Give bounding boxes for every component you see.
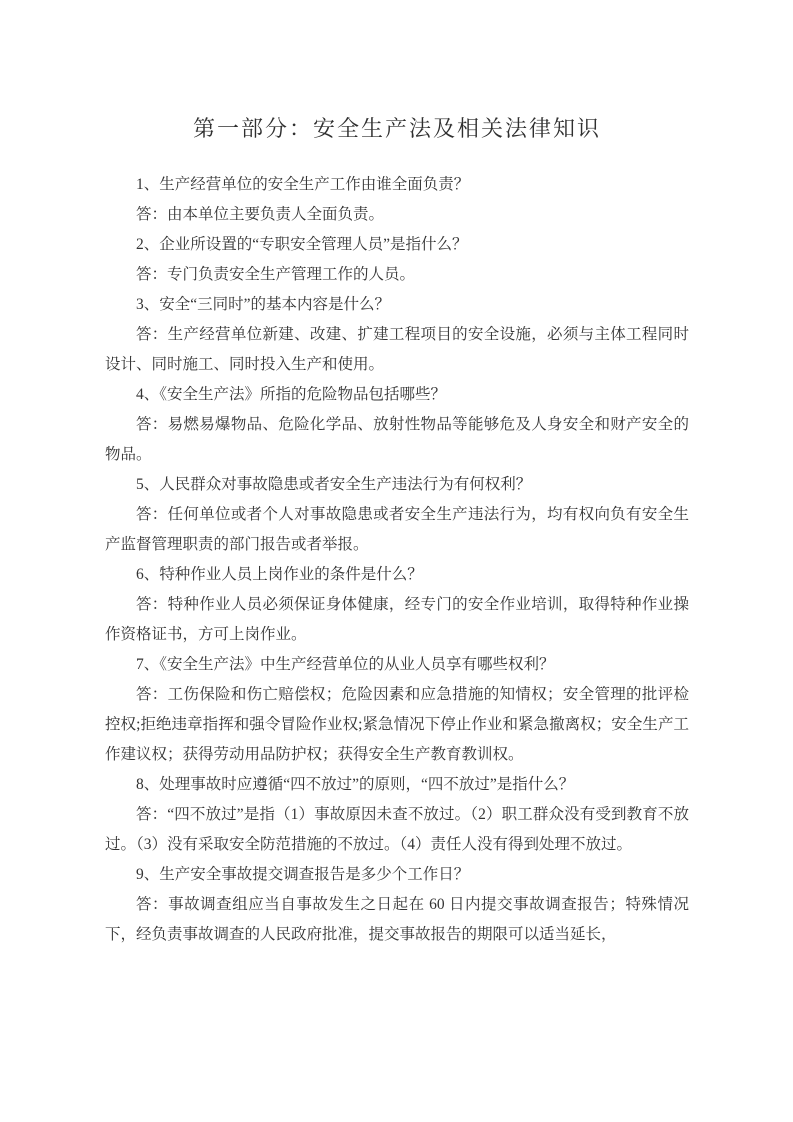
answer-text: 答：易燃易爆物品、危险化学品、放射性物品等能够危及人身安全和财产安全的物品。: [105, 410, 689, 470]
question-text: 7、《安全生产法》中生产经营单位的从业人员享有哪些权利？: [105, 650, 689, 680]
answer-text: 答：专门负责安全生产管理工作的人员。: [105, 260, 689, 290]
answer-text: 答：“四不放过”是指（1）事故原因未查不放过。（2）职工群众没有受到教育不放过。…: [105, 800, 689, 860]
question-text: 4、《安全生产法》所指的危险物品包括哪些？: [105, 380, 689, 410]
answer-text: 答：生产经营单位新建、改建、扩建工程项目的安全设施，必须与主体工程同时设计、同时…: [105, 320, 689, 380]
question-text: 8、处理事故时应遵循“四不放过”的原则，“四不放过”是指什么？: [105, 770, 689, 800]
question-text: 3、安全“三同时”的基本内容是什么？: [105, 290, 689, 320]
qa-list: 1、生产经营单位的安全生产工作由谁全面负责？ 答：由本单位主要负责人全面负责。 …: [105, 170, 689, 950]
question-text: 9、生产安全事故提交调查报告是多少个工作日？: [105, 860, 689, 890]
page-title: 第一部分：安全生产法及相关法律知识: [105, 110, 689, 148]
answer-text: 答：事故调查组应当自事故发生之日起在 60 日内提交事故调查报告；特殊情况下，经…: [105, 890, 689, 950]
question-text: 1、生产经营单位的安全生产工作由谁全面负责？: [105, 170, 689, 200]
answer-text: 答：由本单位主要负责人全面负责。: [105, 200, 689, 230]
document-page: 第一部分：安全生产法及相关法律知识 1、生产经营单位的安全生产工作由谁全面负责？…: [0, 0, 793, 1122]
question-text: 5、人民群众对事故隐患或者安全生产违法行为有何权利？: [105, 470, 689, 500]
answer-text: 答：特种作业人员必须保证身体健康，经专门的安全作业培训，取得特种作业操作资格证书…: [105, 590, 689, 650]
question-text: 6、特种作业人员上岗作业的条件是什么？: [105, 560, 689, 590]
answer-text: 答：任何单位或者个人对事故隐患或者安全生产违法行为，均有权向负有安全生产监督管理…: [105, 500, 689, 560]
question-text: 2、企业所设置的“专职安全管理人员”是指什么？: [105, 230, 689, 260]
answer-text: 答：工伤保险和伤亡赔偿权；危险因素和应急措施的知情权；安全管理的批评检控权;拒绝…: [105, 680, 689, 770]
